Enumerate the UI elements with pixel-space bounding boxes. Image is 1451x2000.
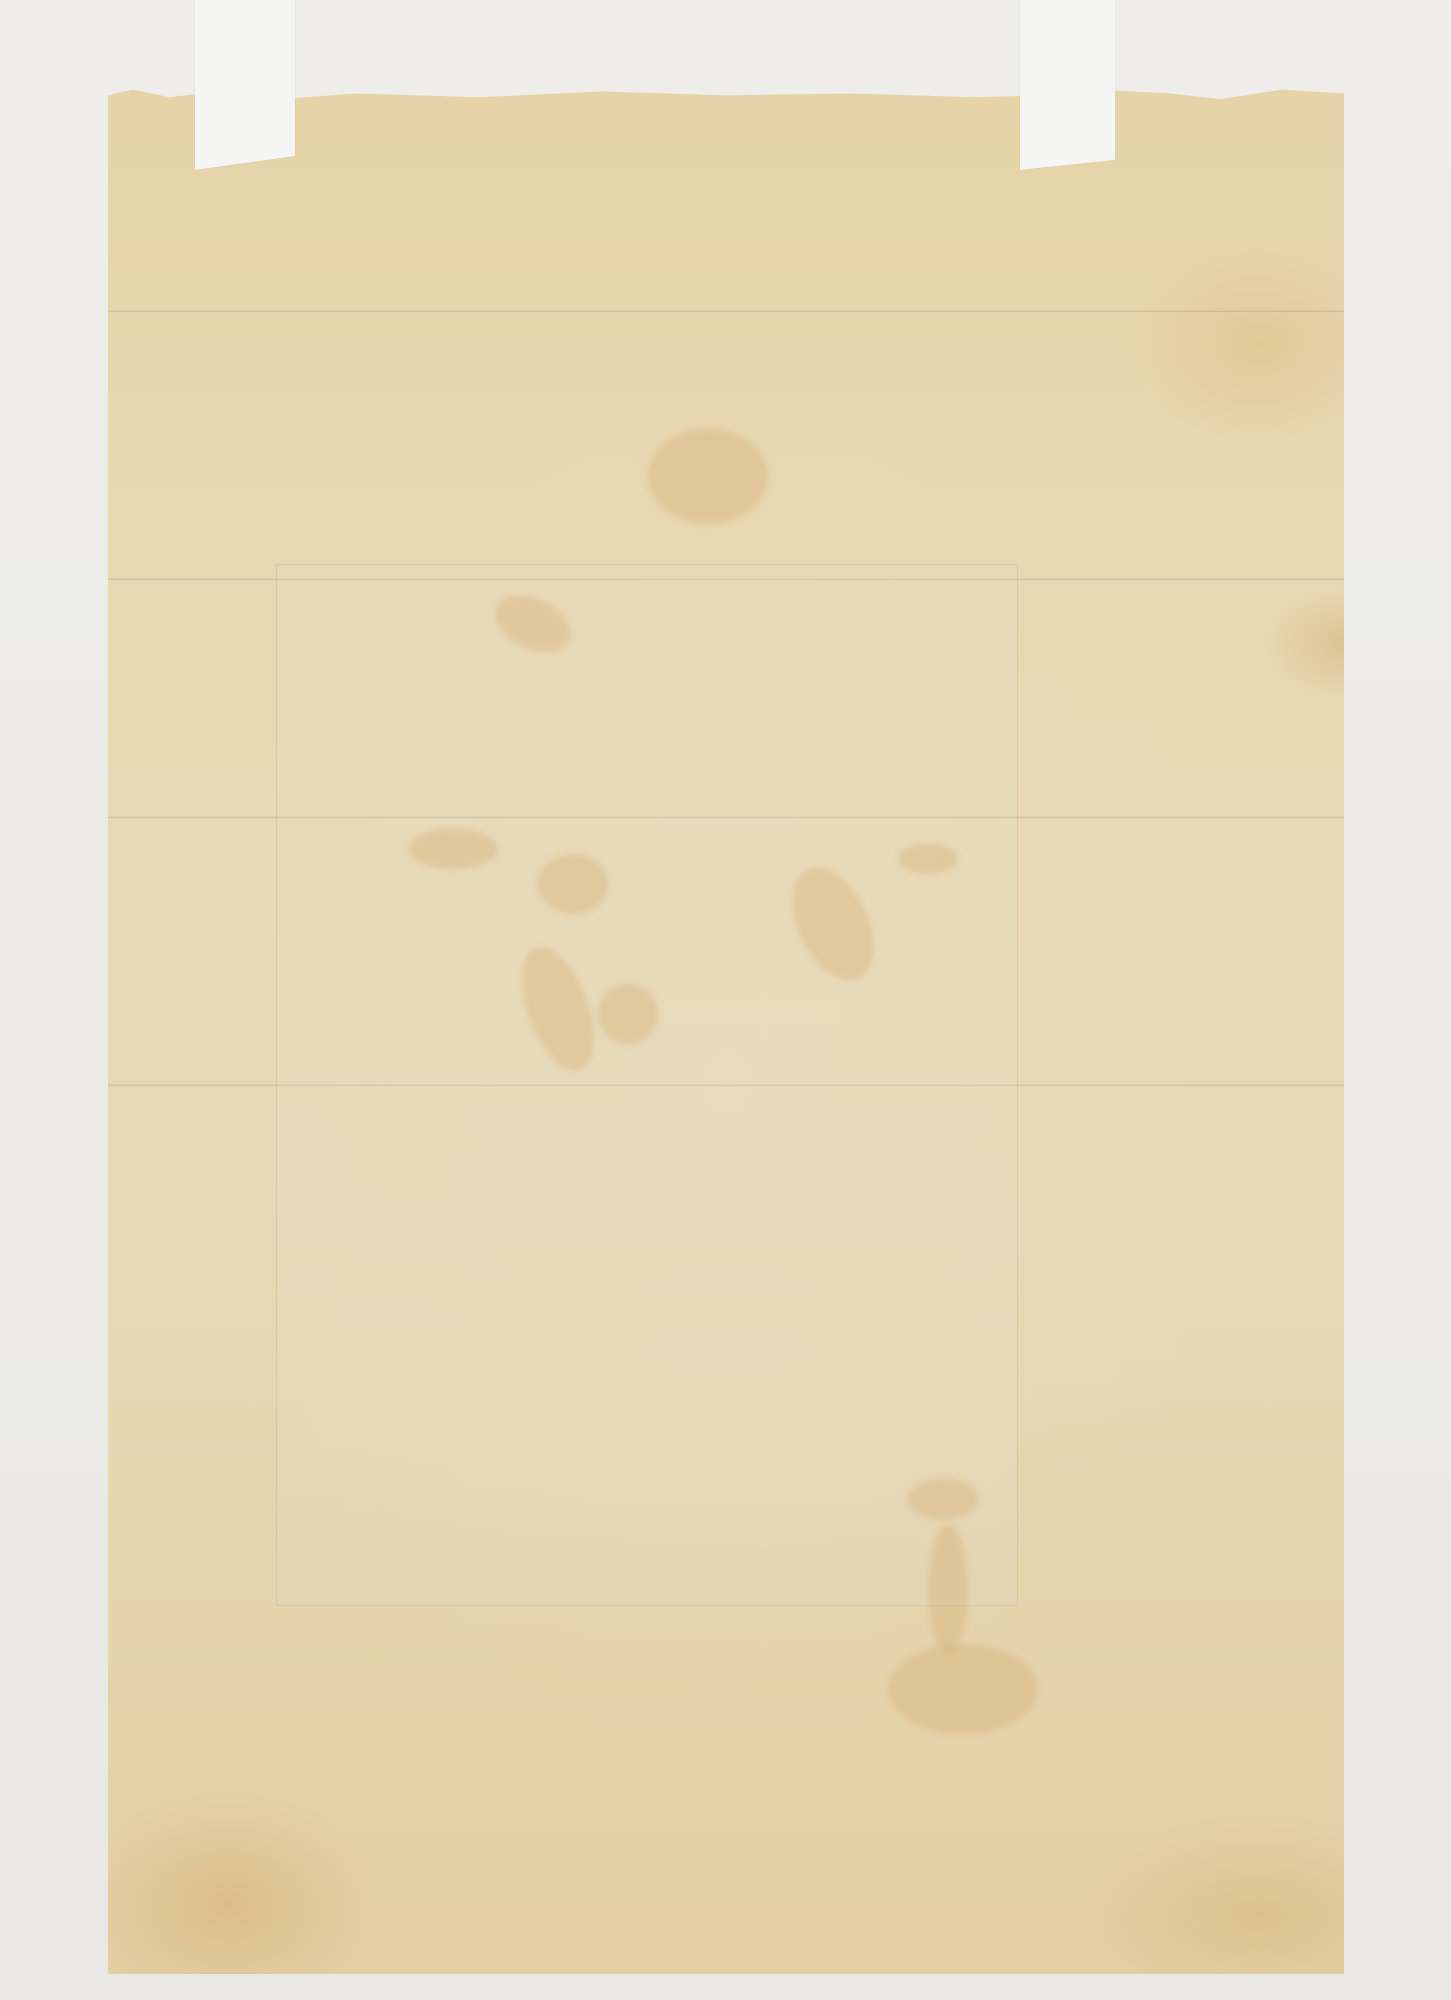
fold-line <box>108 310 1344 313</box>
stain <box>648 429 768 524</box>
stain <box>908 1479 978 1519</box>
stain <box>408 829 498 869</box>
paper-sheet <box>108 84 1344 1974</box>
photo-background <box>0 0 1451 2000</box>
hinge-tab-left <box>195 0 295 170</box>
stain <box>888 1644 1038 1734</box>
stain <box>928 1524 968 1654</box>
stain <box>898 844 958 874</box>
stain <box>538 854 608 914</box>
hinge-tab-right <box>1020 0 1115 170</box>
plate-mark <box>276 564 1018 1606</box>
stain <box>598 984 658 1044</box>
